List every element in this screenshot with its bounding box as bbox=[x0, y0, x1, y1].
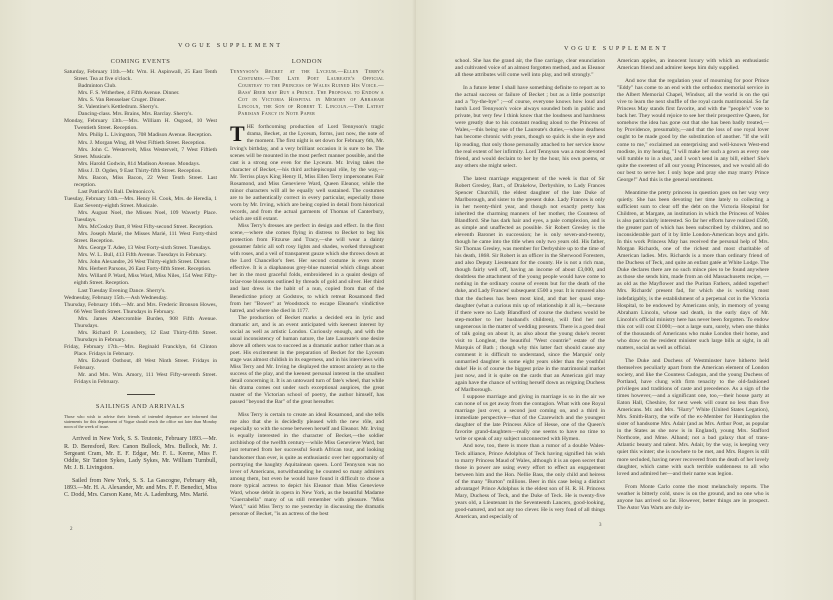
running-head-right: VOGUE SUPPLEMENT bbox=[564, 45, 669, 52]
left-page: VOGUE SUPPLEMENT COMING EVENTS Saturday,… bbox=[0, 0, 416, 600]
event-day-entry: Wednesday, February 15th.—Ash Wednesday. bbox=[64, 295, 217, 302]
right-column-2: American apples, an innocent luxury with… bbox=[617, 58, 769, 512]
events-list: Saturday, February 11th.—Mr. Wm. H. Aspi… bbox=[64, 69, 217, 386]
event-entry: Mrs. Joseph Marié, the Misses Marié, 111… bbox=[64, 231, 217, 245]
london-paragraph: The production of Becket marks a decided… bbox=[230, 315, 384, 407]
event-entry: Mrs. August Noel, the Misses Noel, 109 W… bbox=[64, 210, 217, 224]
article-paragraph: In a future letter I shall have somethin… bbox=[455, 85, 605, 170]
event-entry: Mrs. Harold Godwin, 814 Madison Avenue. … bbox=[64, 161, 217, 168]
magazine-spread: VOGUE SUPPLEMENT COMING EVENTS Saturday,… bbox=[0, 0, 833, 600]
article-paragraph: The latest marriage engagement of the we… bbox=[455, 176, 605, 394]
london-paragraph: Miss Terry's dresses are perfect in desi… bbox=[230, 223, 384, 315]
page-number: 2 bbox=[70, 527, 73, 532]
event-entry: Mrs. Philip L. Livingston, 708 Madison A… bbox=[64, 132, 217, 139]
event-day-entry: Saturday, February 11th.—Mr. Wm. H. Aspi… bbox=[64, 69, 217, 83]
event-entry: Last Patriarch's Ball. Delmonico's. bbox=[64, 189, 217, 196]
event-entry: Dancing-class. Mrs. Brains, Mrs. Barclay… bbox=[64, 111, 217, 118]
running-head-left: VOGUE SUPPLEMENT bbox=[178, 42, 283, 49]
event-entry: Mrs. Willard P. Ward, Miss Ward, Miss Ni… bbox=[64, 273, 217, 287]
coming-events-title: COMING EVENTS bbox=[64, 58, 217, 65]
page-number: 3 bbox=[599, 523, 602, 528]
london-paragraph: Miss Terry is certain to create an ideal… bbox=[230, 412, 384, 518]
event-entry: St. Valentine's Kettledrum. Sherry's. bbox=[64, 104, 217, 111]
arrivals-paragraph: Arrived in New York, S. S. Teutonic, Feb… bbox=[64, 436, 217, 472]
right-page: VOGUE SUPPLEMENT school. She has the gra… bbox=[416, 0, 833, 600]
event-day-entry: Monday, February 13th.—Mrs. William H. O… bbox=[64, 118, 217, 132]
event-entry: Mrs. James Abercrombie Burden, 908 Fifth… bbox=[64, 316, 217, 330]
article-paragraph: And now, too, there is more than a rumor… bbox=[455, 443, 605, 521]
event-entry: Mrs. John C. Westervelt, Miss Westervelt… bbox=[64, 147, 217, 161]
coming-events-column: COMING EVENTS Saturday, February 11th.—M… bbox=[64, 58, 217, 500]
london-paragraph: THE forthcoming production of Lord Tenny… bbox=[230, 124, 384, 223]
event-day-entry: Friday, February 17th.—Mrs. Reginald Fra… bbox=[64, 344, 217, 358]
event-entry: Last Tuesday Evening Dance. Sherry's. bbox=[64, 288, 217, 295]
article-paragraph: And now that the regulation year of mour… bbox=[617, 78, 769, 184]
event-entry: Mrs. F. S. Witherbee, 4 Fifth Avenue. Di… bbox=[64, 90, 217, 97]
sailings-notice: Those who wish to advise their friends o… bbox=[64, 414, 217, 429]
event-entry: Mr. and Mrs. Wm. Amory, 111 West Fifty-s… bbox=[64, 372, 217, 386]
event-day-entry: Tuesday, February 14th.—Mrs. Henry H. Co… bbox=[64, 196, 217, 210]
london-title: LONDON bbox=[230, 58, 384, 65]
article-paragraph: Meantime the pretty princess in question… bbox=[617, 190, 769, 352]
article-paragraph: American apples, an innocent luxury with… bbox=[617, 58, 769, 72]
event-entry: Mrs. Richard P. Lounsbery, 12 East Thirt… bbox=[64, 330, 217, 344]
event-entry: Mrs. W. L. Bull, 413 Fifth Avenue. Tuesd… bbox=[64, 252, 217, 259]
london-column: LONDON Tennyson's Becket at the Lyceum.—… bbox=[230, 58, 384, 518]
sailings-title: SAILINGS AND ARRIVALS bbox=[64, 403, 217, 410]
event-entry: Mrs. S. Van Rensselaer Cruger. Dinner. bbox=[64, 97, 217, 104]
london-summary: Tennyson's Becket at the Lyceum.—Ellen T… bbox=[230, 69, 384, 118]
event-entry: Mrs. J. Morgan Wing, 48 West Fiftieth St… bbox=[64, 140, 217, 147]
event-entry: Mrs. McCoskry Butt, 8 West Fifty-second … bbox=[64, 224, 217, 231]
event-entry: Mrs. Bacon, Miss Bacon, 22 West Tenth St… bbox=[64, 175, 217, 189]
event-day-entry: Thursday, February 16th.—Mr. and Mrs. Fr… bbox=[64, 302, 217, 316]
drop-cap: T bbox=[230, 125, 245, 143]
event-entry: Mrs. Edward Oothout, 48 West Ninth Stree… bbox=[64, 358, 217, 372]
article-paragraph: From Monte Carlo come the most melanchol… bbox=[617, 484, 769, 512]
right-column-1: school. She has the grand air, the fine … bbox=[455, 58, 605, 521]
event-entry: Miss J. D. Ogden, 9 East Thirty-fifth St… bbox=[64, 168, 217, 175]
article-paragraph: I suppose marriage and giving in marriag… bbox=[455, 394, 605, 443]
article-paragraph: The Duke and Duchess of Westminster have… bbox=[617, 358, 769, 478]
article-paragraph: school. She has the grand air, the fine … bbox=[455, 58, 605, 79]
section-divider bbox=[127, 394, 155, 395]
departures-paragraph: Sailed from New York, S. S. La Gascogne,… bbox=[64, 478, 217, 500]
